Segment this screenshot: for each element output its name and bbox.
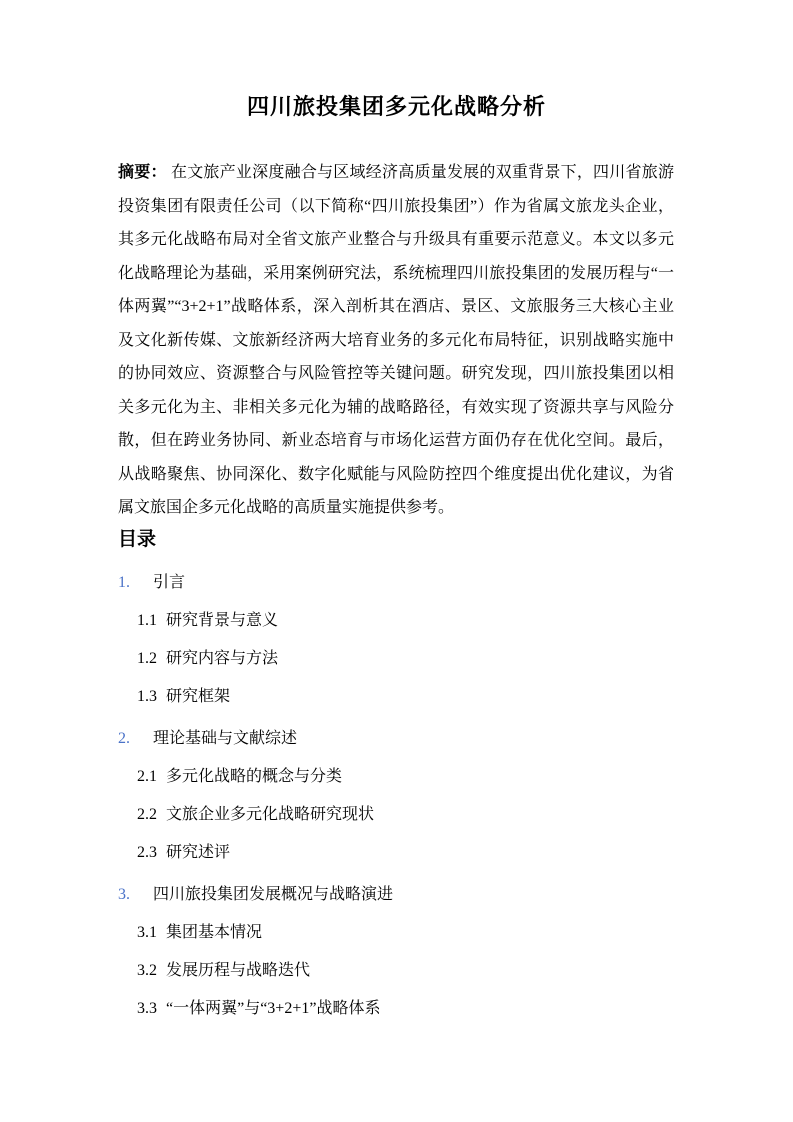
toc-number: 3.1 bbox=[137, 922, 157, 944]
document-title: 四川旅投集团多元化战略分析 bbox=[0, 90, 793, 121]
toc-number: 3.2 bbox=[137, 960, 157, 982]
toc-item-3-3: 3.3“一体两翼”与“3+2+1”战略体系 bbox=[118, 998, 678, 1020]
toc-label: 研究背景与意义 bbox=[166, 612, 278, 629]
toc-item-2: 2.理论基础与文献综述 bbox=[118, 728, 678, 750]
toc-number: 1.2 bbox=[137, 648, 157, 670]
toc-number: 1. bbox=[118, 572, 153, 594]
toc-item-2-3: 2.3研究述评 bbox=[118, 842, 678, 864]
toc-number: 2. bbox=[118, 728, 153, 750]
document-page: 四川旅投集团多元化战略分析 摘要： 在文旅产业深度融合与区域经济高质量发展的双重… bbox=[0, 0, 793, 1122]
abstract-label: 摘要： bbox=[118, 164, 167, 181]
toc-number: 3. bbox=[118, 884, 153, 906]
toc-number: 3.3 bbox=[137, 998, 157, 1020]
toc-label: 研究框架 bbox=[166, 688, 230, 705]
toc-label: 集团基本情况 bbox=[166, 924, 262, 941]
toc-number: 2.1 bbox=[137, 766, 157, 788]
toc-label: 引言 bbox=[153, 574, 185, 591]
toc-label: 多元化战略的概念与分类 bbox=[166, 768, 342, 785]
toc-heading: 目录 bbox=[118, 524, 156, 551]
toc-label: 发展历程与战略迭代 bbox=[166, 962, 310, 979]
toc-number: 1.1 bbox=[137, 610, 157, 632]
toc-label: 研究内容与方法 bbox=[166, 650, 278, 667]
toc-label: 文旅企业多元化战略研究现状 bbox=[166, 806, 374, 823]
toc-item-3-2: 3.2发展历程与战略迭代 bbox=[118, 960, 678, 982]
toc-number: 2.2 bbox=[137, 804, 157, 826]
abstract-paragraph: 摘要： 在文旅产业深度融合与区域经济高质量发展的双重背景下，四川省旅游投资集团有… bbox=[118, 156, 674, 525]
toc-item-2-1: 2.1多元化战略的概念与分类 bbox=[118, 766, 678, 788]
toc-label: 研究述评 bbox=[166, 844, 230, 861]
toc-number: 2.3 bbox=[137, 842, 157, 864]
toc-item-1-3: 1.3研究框架 bbox=[118, 686, 678, 708]
toc-label: 理论基础与文献综述 bbox=[153, 730, 297, 747]
toc-item-3: 3.四川旅投集团发展概况与战略演进 bbox=[118, 884, 678, 906]
toc-item-1: 1.引言 bbox=[118, 572, 678, 594]
toc-number: 1.3 bbox=[137, 686, 157, 708]
toc-item-1-1: 1.1研究背景与意义 bbox=[118, 610, 678, 632]
toc-item-3-1: 3.1集团基本情况 bbox=[118, 922, 678, 944]
toc-list: 1.引言 1.1研究背景与意义 1.2研究内容与方法 1.3研究框架 2.理论基… bbox=[118, 572, 678, 1036]
abstract-text: 在文旅产业深度融合与区域经济高质量发展的双重背景下，四川省旅游投资集团有限责任公… bbox=[118, 164, 674, 516]
toc-item-2-2: 2.2文旅企业多元化战略研究现状 bbox=[118, 804, 678, 826]
toc-item-1-2: 1.2研究内容与方法 bbox=[118, 648, 678, 670]
toc-label: “一体两翼”与“3+2+1”战略体系 bbox=[166, 1000, 380, 1017]
toc-label: 四川旅投集团发展概况与战略演进 bbox=[153, 886, 393, 903]
